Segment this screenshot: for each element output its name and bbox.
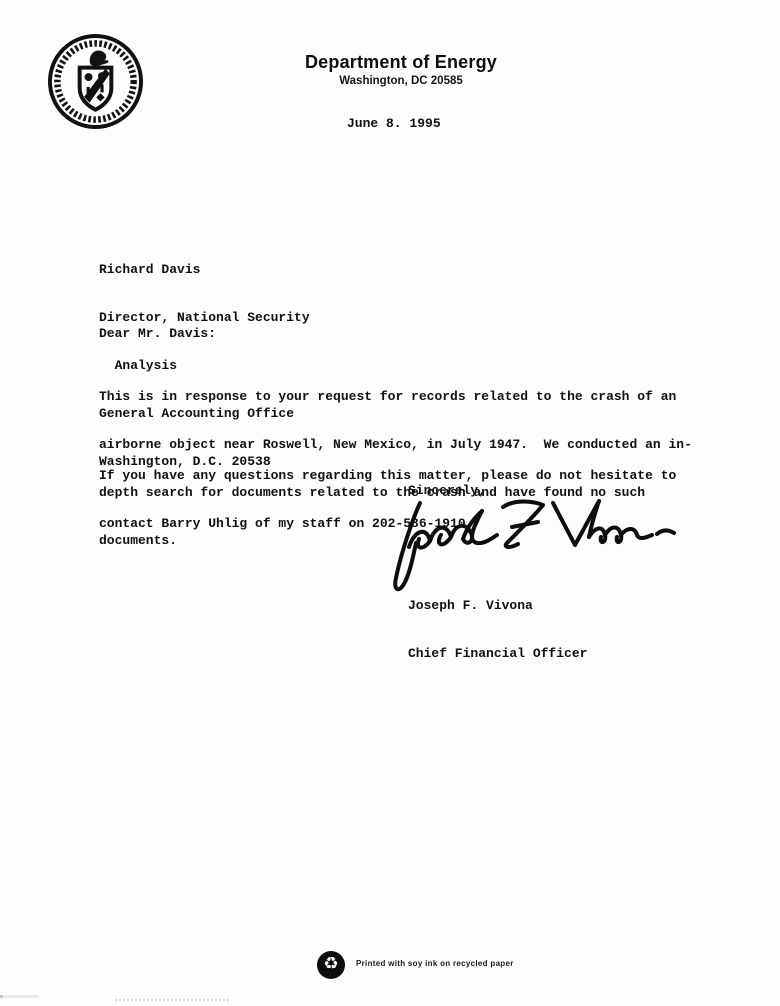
letter-date: June 8. 1995 <box>347 116 441 132</box>
recipient-line: Director, National Security <box>99 310 310 326</box>
agency-name: Department of Energy <box>21 52 780 72</box>
footer-note: Printed with soy ink on recycled paper <box>356 959 514 968</box>
signer-name: Joseph F. Vivona <box>408 598 587 614</box>
salutation: Dear Mr. Davis: <box>99 326 216 342</box>
recycle-glyph: ♻ <box>323 956 338 973</box>
letter-page: Department of Energy Washington, DC 2058… <box>0 0 780 1006</box>
scan-artifact <box>115 999 229 1001</box>
recipient-line: Richard Davis <box>99 262 310 278</box>
signature-block: Joseph F. Vivona Chief Financial Officer <box>408 566 587 694</box>
body-line: If you have any questions regarding this… <box>99 468 676 484</box>
body-line: This is in response to your request for … <box>99 389 692 405</box>
signer-title: Chief Financial Officer <box>408 646 587 662</box>
agency-address: Washington, DC 20585 <box>21 74 780 88</box>
recycle-icon: ♻ <box>317 951 345 979</box>
scan-artifact <box>0 995 38 998</box>
